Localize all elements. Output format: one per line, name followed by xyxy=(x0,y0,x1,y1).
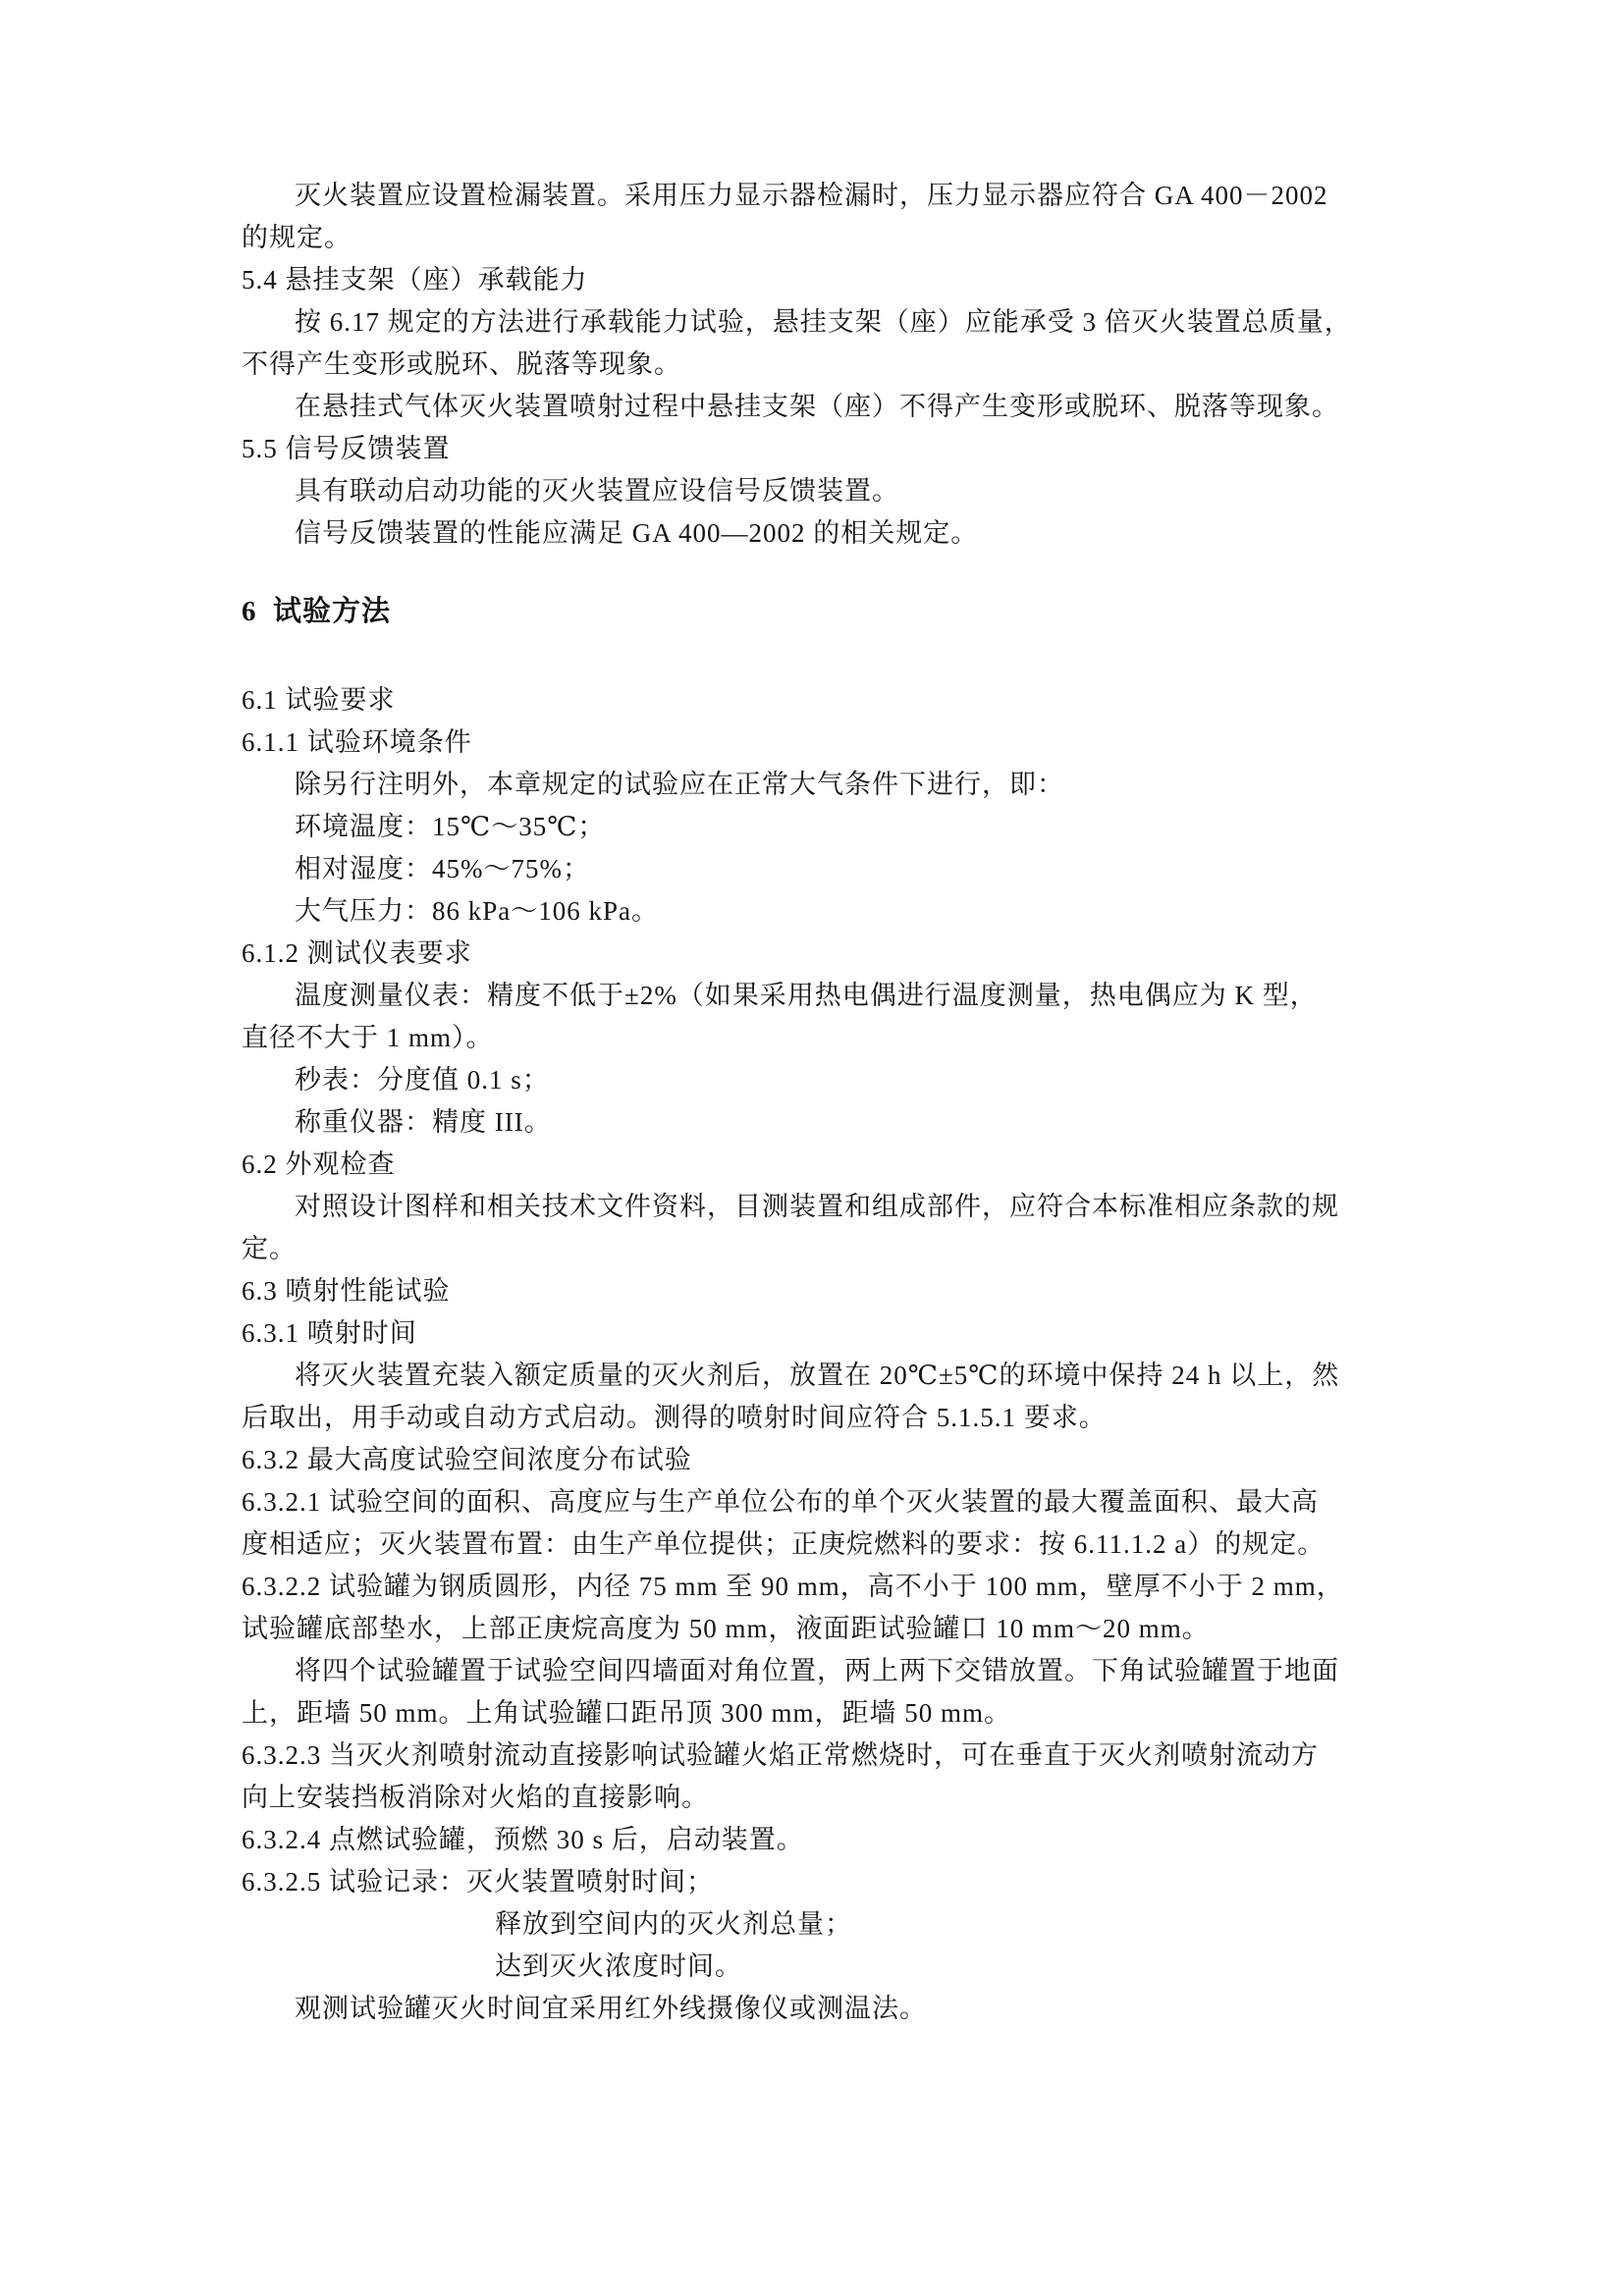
text-line: 6.2 外观检查 xyxy=(242,1144,1449,1186)
text-line: 试验罐底部垫水，上部正庚烷高度为 50 mm，液面距试验罐口 10 mm～20 … xyxy=(242,1608,1449,1650)
text-line: 6.1.1 试验环境条件 xyxy=(242,721,1449,764)
text-line: 环境温度：15℃～35℃； xyxy=(242,806,1449,848)
text-line: 6.3 喷射性能试验 xyxy=(242,1270,1449,1312)
text-line: 将灭火装置充装入额定质量的灭火剂后，放置在 20℃±5℃的环境中保持 24 h … xyxy=(242,1355,1449,1397)
text-line: 对照设计图样和相关技术文件资料，目测装置和组成部件，应符合本标准相应条款的规 xyxy=(242,1186,1449,1228)
text-line: 按 6.17 规定的方法进行承载能力试验，悬挂支架（座）应能承受 3 倍灭火装置… xyxy=(242,301,1449,344)
text-line: 6.3.2.3 当灭火剂喷射流动直接影响试验罐火焰正常燃烧时，可在垂直于灭火剂喷… xyxy=(242,1735,1449,1777)
section-heading: 6 试验方法 xyxy=(242,591,1449,633)
text-line: 6.3.2.4 点燃试验罐，预燃 30 s 后，启动装置。 xyxy=(242,1819,1449,1861)
text-line: 6.3.2.5 试验记录：灭火装置喷射时间； xyxy=(242,1861,1449,1903)
text-line: 秒表：分度值 0.1 s； xyxy=(242,1059,1449,1101)
text-line: 信号反馈装置的性能应满足 GA 400—2002 的相关规定。 xyxy=(242,512,1449,555)
text-line: 具有联动启动功能的灭火装置应设信号反馈装置。 xyxy=(242,470,1449,512)
text-line: 的规定。 xyxy=(242,217,1449,259)
text-line: 6.1 试验要求 xyxy=(242,679,1449,721)
text-line: 温度测量仪表：精度不低于±2%（如果采用热电偶进行温度测量，热电偶应为 K 型， xyxy=(242,975,1449,1017)
text-line: 度相适应；灭火装置布置：由生产单位提供；正庚烷燃料的要求：按 6.11.1.2 … xyxy=(242,1523,1449,1566)
text-line: 达到灭火浓度时间。 xyxy=(242,1946,1449,1988)
text-line: 除另行注明外，本章规定的试验应在正常大气条件下进行，即： xyxy=(242,764,1449,806)
document-page: 灭火装置应设置检漏装置。采用压力显示器检漏时，压力显示器应符合 GA 400－2… xyxy=(0,0,1623,2296)
text-line: 6.3.2.1 试验空间的面积、高度应与生产单位公布的单个灭火装置的最大覆盖面积… xyxy=(242,1481,1449,1523)
text-line: 6.3.1 喷射时间 xyxy=(242,1312,1449,1355)
text-line: 称重仪器：精度 III。 xyxy=(242,1101,1449,1144)
text-line: 定。 xyxy=(242,1228,1449,1270)
text-line: 不得产生变形或脱环、脱落等现象。 xyxy=(242,344,1449,386)
text-line: 灭火装置应设置检漏装置。采用压力显示器检漏时，压力显示器应符合 GA 400－2… xyxy=(242,175,1449,217)
text-line: 后取出，用手动或自动方式启动。测得的喷射时间应符合 5.1.5.1 要求。 xyxy=(242,1397,1449,1439)
text-line: 5.4 悬挂支架（座）承载能力 xyxy=(242,259,1449,301)
text-line: 6.3.2.2 试验罐为钢质圆形，内径 75 mm 至 90 mm，高不小于 1… xyxy=(242,1566,1449,1608)
text-line: 向上安装挡板消除对火焰的直接影响。 xyxy=(242,1777,1449,1819)
text-line: 相对湿度：45%～75%； xyxy=(242,848,1449,890)
text-line: 6.1.2 测试仪表要求 xyxy=(242,933,1449,975)
text-line: 上，距墙 50 mm。上角试验罐口距吊顶 300 mm，距墙 50 mm。 xyxy=(242,1692,1449,1735)
text-line: 直径不大于 1 mm）。 xyxy=(242,1017,1449,1059)
text-line: 观测试验罐灭火时间宜采用红外线摄像仪或测温法。 xyxy=(242,1988,1449,2030)
document-body: 灭火装置应设置检漏装置。采用压力显示器检漏时，压力显示器应符合 GA 400－2… xyxy=(242,175,1449,2030)
text-line: 释放到空间内的灭火剂总量； xyxy=(242,1903,1449,1946)
text-line: 大气压力：86 kPa～106 kPa。 xyxy=(242,890,1449,933)
text-line: 5.5 信号反馈装置 xyxy=(242,428,1449,470)
text-line: 在悬挂式气体灭火装置喷射过程中悬挂支架（座）不得产生变形或脱环、脱落等现象。 xyxy=(242,386,1449,428)
text-line: 6.3.2 最大高度试验空间浓度分布试验 xyxy=(242,1439,1449,1481)
text-line: 将四个试验罐置于试验空间四墙面对角位置，两上两下交错放置。下角试验罐置于地面 xyxy=(242,1650,1449,1692)
